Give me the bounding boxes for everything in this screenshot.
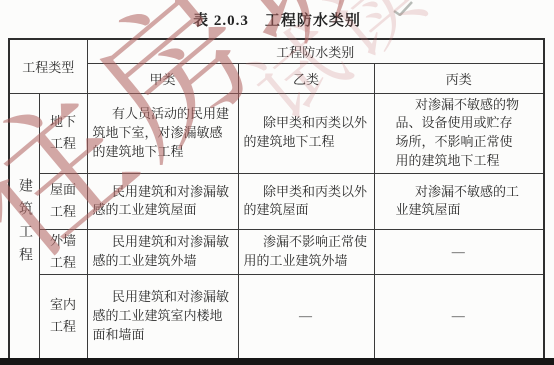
cell-roof-bing: 对渗漏不敏感的工业建筑屋面 [374,173,544,229]
cell-exterior-wall-yi: 渗漏不影响正常使用的工业建筑外墙 [238,229,374,274]
row-type-underground: 地下工程 [39,93,87,173]
row-type-indoor: 室内工程 [39,275,87,359]
cell-exterior-wall-bing: — [374,229,544,274]
page-edge-bar [0,358,554,365]
scan-artifact-mark [392,1,414,16]
header-class-jia: 甲类 [87,63,238,93]
table-row-underground: 建筑工程 地下工程 有人员活动的民用建筑地下室，对渗漏敏感的建筑地下工程 除甲类… [9,93,544,173]
row-type-exterior-wall: 外墙工程 [39,229,87,274]
row-group-building-engineering: 建筑工程 [9,93,39,359]
table-title: 表 2.0.3 工程防水类别 [0,9,554,30]
header-waterproof-category-group: 工程防水类别 [87,39,544,63]
cell-roof-jia: 民用建筑和对渗漏敏感的工业建筑屋面 [87,173,238,229]
scanned-document-page: 表 2.0.3 工程防水类别 工程类型 工程防水类别 甲类 乙类 丙类 建筑工程 [0,0,554,365]
table-row-indoor: 室内工程 民用建筑和对渗漏敏感的工业建筑室内楼地面和墙面 — — [9,275,544,359]
cell-exterior-wall-jia: 民用建筑和对渗漏敏感的工业建筑外墙 [87,229,238,274]
cell-underground-bing: 对渗漏不敏感的物品、设备使用或贮存场所，不影响正常使用的建筑地下工程 [374,93,544,173]
header-class-yi: 乙类 [238,63,374,93]
cell-indoor-yi: — [238,275,374,359]
cell-indoor-bing: — [374,275,544,359]
table-row-roof: 屋面工程 民用建筑和对渗漏敏感的工业建筑屋面 除甲类和丙类以外的建筑屋面 对渗漏… [9,173,544,229]
cell-indoor-jia: 民用建筑和对渗漏敏感的工业建筑室内楼地面和墙面 [87,275,238,359]
cell-underground-jia: 有人员活动的民用建筑地下室，对渗漏敏感的建筑地下工程 [87,93,238,173]
row-group-label: 建筑工程 [17,178,32,270]
waterproof-category-table: 工程类型 工程防水类别 甲类 乙类 丙类 建筑工程 地下工程 有人员活动的民用建… [8,38,545,360]
header-project-type: 工程类型 [9,39,87,93]
table-row-exterior-wall: 外墙工程 民用建筑和对渗漏敏感的工业建筑外墙 渗漏不影响正常使用的工业建筑外墙 … [9,229,544,274]
cell-underground-yi: 除甲类和丙类以外的建筑地下工程 [238,93,374,173]
header-class-bing: 丙类 [374,63,544,93]
row-type-roof: 屋面工程 [39,173,87,229]
cell-roof-yi: 除甲类和丙类以外的建筑屋面 [238,173,374,229]
